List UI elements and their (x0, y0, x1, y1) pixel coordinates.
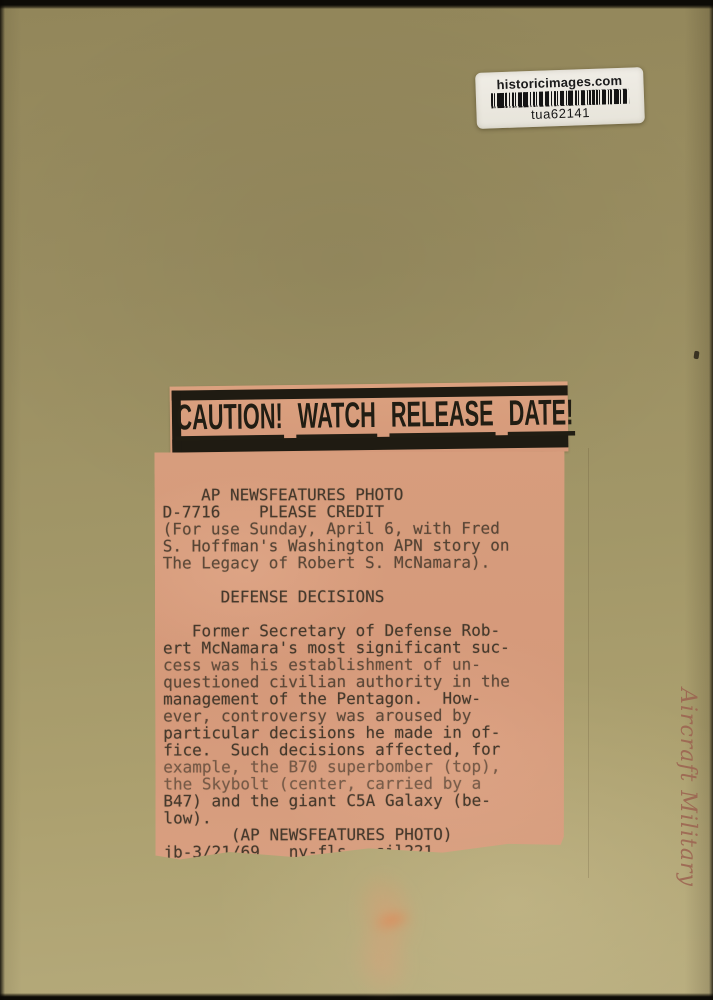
barcode-sticker: historicimages.com tua62141 (475, 67, 645, 129)
caution-banner-text: CAUTION!WATCHRELEASEDATE! (168, 395, 580, 441)
typed-caption-line: ert McNamara's most significant suc- (163, 638, 561, 656)
typed-caption-line (163, 570, 561, 588)
typed-caption-line: example, the B70 superbomber (top), (163, 757, 561, 775)
typed-caption-line: questioned civilian authority in the (163, 672, 561, 690)
ink-speck (693, 351, 699, 360)
typed-caption-line: (AP NEWSFEATURES PHOTO) (163, 825, 561, 843)
typed-caption-line: AP NEWSFEATURES PHOTO (163, 485, 561, 503)
scan-edge-top (0, 0, 713, 9)
caution-banner-word: RELEASE (389, 396, 495, 438)
photo-back-scan: historicimages.com tua62141 CAUTION!WATC… (0, 0, 713, 1000)
caption-slip: AP NEWSFEATURES PHOTOD-7716 PLEASE CREDI… (154, 451, 565, 864)
paper-stain (312, 859, 457, 1000)
typed-caption-line: D-7716 PLEASE CREDIT (163, 502, 561, 520)
caution-banner-frame: CAUTION!WATCHRELEASEDATE! (172, 385, 569, 452)
typed-caption-line: S. Hoffman's Washington APN story on (163, 536, 561, 554)
typed-caption-line: The Legacy of Robert S. McNamara). (163, 553, 561, 571)
typed-caption-line: ever, controversy was aroused by (163, 706, 561, 724)
typed-caption-line: fice. Such decisions affected, for (163, 740, 561, 758)
typed-caption-line: particular decisions he made in of- (163, 723, 561, 741)
typed-caption-line: the Skybolt (center, carried by a (163, 774, 561, 792)
scan-edge-right (709, 0, 713, 1000)
caution-banner-slip: CAUTION!WATCHRELEASEDATE! (170, 381, 569, 456)
caution-banner-word: CAUTION! (174, 398, 284, 440)
typed-caption-line: DEFENSE DECISIONS (163, 587, 561, 605)
handwritten-note: Aircraft Military (666, 688, 700, 888)
typed-caption-line: B47) and the giant C5A Galaxy (be- (163, 791, 561, 809)
caution-banner-word: DATE! (507, 395, 575, 436)
typed-caption-line (163, 604, 561, 622)
caution-banner-word: WATCH (296, 397, 377, 438)
typed-caption: AP NEWSFEATURES PHOTOD-7716 PLEASE CREDI… (163, 485, 562, 860)
typed-caption-line: management of the Pentagon. How- (163, 689, 561, 707)
typed-caption-line: jb-3/21/69 ny-fls sil221 (163, 842, 561, 860)
paper-edge-line (588, 448, 589, 878)
scan-edge-left (0, 0, 5, 1000)
typed-caption-line: low). (163, 808, 561, 826)
sticker-code-text: tua62141 (531, 105, 590, 121)
